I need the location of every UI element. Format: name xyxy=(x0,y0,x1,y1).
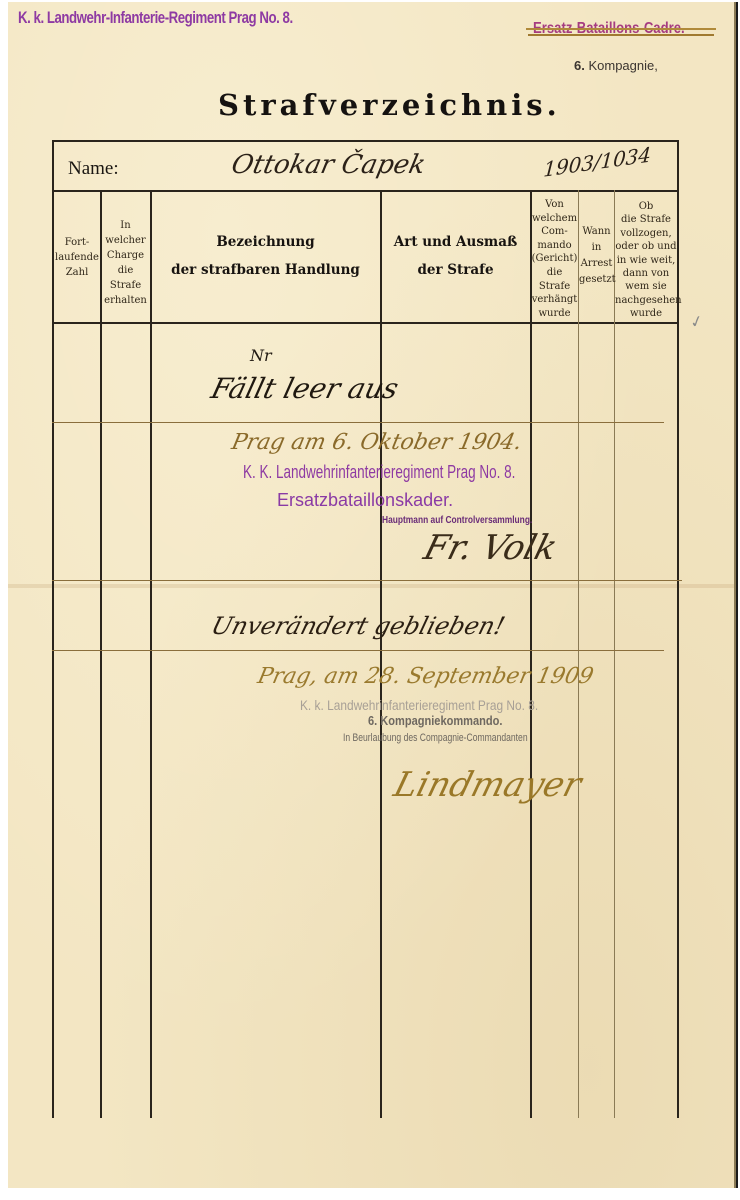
column-divider xyxy=(530,190,532,1118)
column-divider xyxy=(578,190,579,1118)
col-header-execution: Ob die Strafe vollzogen, oder ob und in … xyxy=(615,200,677,321)
table-border-top xyxy=(52,140,679,142)
table-border-right xyxy=(677,140,679,1118)
col-header-rank: In welcher Charge die Strafe erhalten xyxy=(101,218,150,308)
company-text: Kompagnie, xyxy=(588,58,657,73)
strike-through-line xyxy=(528,34,714,36)
signature: Lindmayer xyxy=(390,765,586,805)
document-title: Strafverzeichnis. xyxy=(218,88,561,122)
deputy-stamp: In Beurlaubung des Compagnie-Commandante… xyxy=(343,732,528,744)
entry-offense-text: Fällt leer aus xyxy=(208,372,402,405)
company-number: 6. xyxy=(574,58,585,73)
strike-through-line xyxy=(526,28,716,30)
col-header-offense: Bezeichnung der strafbaren Handlung xyxy=(151,228,380,284)
col-header-serial-number: Fort- laufende Zahl xyxy=(54,235,100,280)
battalion-stamp: Ersatzbataillonskader. xyxy=(277,490,453,511)
entry-row-line xyxy=(52,650,664,651)
name-label: Name: xyxy=(68,158,119,180)
header-row-divider xyxy=(52,322,679,324)
name-value: Ottokar Čapek xyxy=(229,150,428,180)
col-header-arrest-date: Wann in Arrest gesetzt xyxy=(579,224,614,288)
signature: Fr. Volk xyxy=(420,528,562,568)
column-divider xyxy=(100,190,102,1118)
entry-row-line xyxy=(52,580,682,581)
col-header-penalty-type: Art und Ausmaß der Strafe xyxy=(381,228,530,284)
table-border-left xyxy=(52,140,54,1118)
col-header-command: Von welchem Com- mando (Gericht) die Str… xyxy=(531,198,578,320)
entry-date: Prag, am 28. September 1909 xyxy=(255,664,595,689)
company-command-stamp: 6. Kompagniekommando. xyxy=(368,713,502,728)
regiment-stamp-faded: K. k. Landwehrinfanterieregiment Prag No… xyxy=(300,697,538,713)
column-divider xyxy=(150,190,152,1118)
column-divider xyxy=(614,190,615,1118)
entry-offense-text: Unverändert geblieben! xyxy=(208,612,508,640)
entry-row-line xyxy=(52,422,664,423)
name-row-divider xyxy=(52,190,679,192)
column-divider xyxy=(380,190,382,1118)
regiment-stamp-top: K. k. Landwehr-Infanterie-Regiment Prag … xyxy=(18,8,293,28)
paper-fold xyxy=(8,584,734,588)
officer-stamp: Hauptmann auf Controlversammlung. xyxy=(382,514,532,526)
entry-mark: Nr xyxy=(250,346,272,365)
regiment-stamp: K. K. Landwehrinfanterieregiment Prag No… xyxy=(243,462,515,483)
entry-date: Prag am 6. Oktober 1904. xyxy=(229,430,524,455)
company-label: 6. Kompagnie, xyxy=(574,58,658,73)
